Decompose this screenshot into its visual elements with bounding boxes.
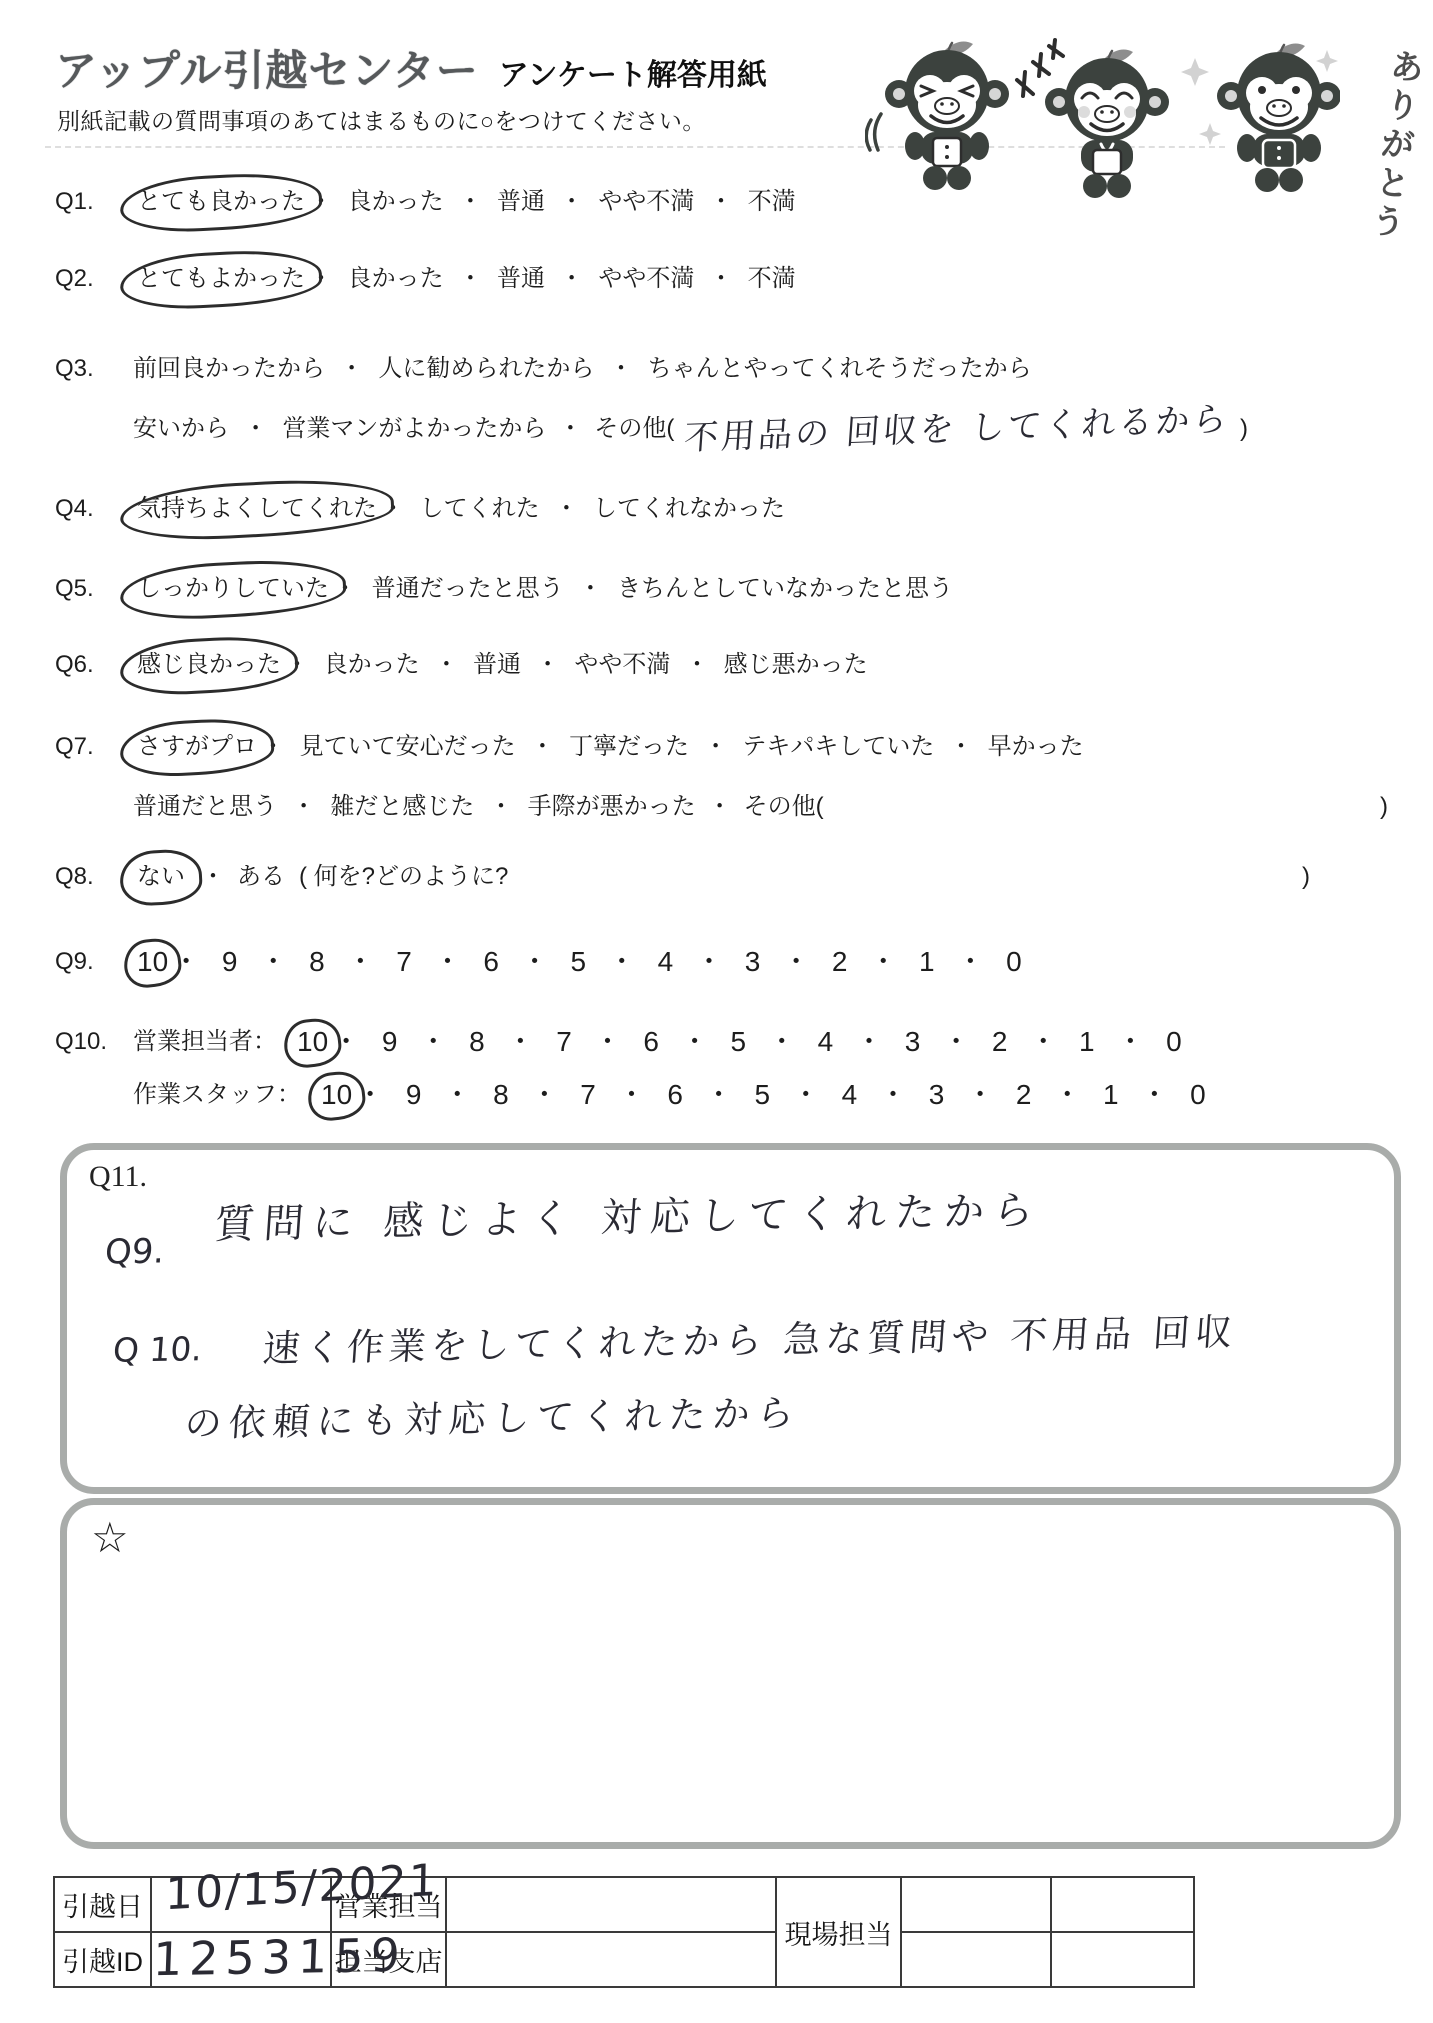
q9-circled-score: 10 (133, 945, 172, 979)
question-q3: Q3. 前回良かったから ・ 人に勧められたから ・ ちゃんとやってくれそうだっ… (55, 352, 1248, 446)
q11-handwritten-ref-q10: Q 10. (112, 1329, 204, 1370)
star-icon: ☆ (91, 1513, 129, 1562)
q2-number: Q2. (55, 262, 133, 296)
q1-circled-answer: とても良かった (133, 185, 309, 219)
q3-other-suffix: ) (1240, 412, 1248, 446)
site-rep-cell-4 (1051, 1932, 1194, 1987)
q8-circled-answer: ない (133, 860, 189, 894)
site-rep-cell-2 (1051, 1877, 1194, 1932)
q6-circled-answer: 感じ良かった (133, 648, 285, 682)
q3-options-line1: 前回良かったから ・ 人に勧められたから ・ ちゃんとやってくれそうだったから (133, 352, 1032, 386)
branch-value-cell (446, 1932, 776, 1987)
move-date-label: 引越日 (54, 1877, 151, 1932)
q8-paren-open: ( 何を?どのように? (299, 860, 508, 894)
q7-other-suffix: ) (1380, 790, 1388, 824)
q3-number: Q3. (55, 352, 133, 386)
q11-handwritten-line2: 速く作業をしてくれたから 急な質問や 不用品 回収 (261, 1301, 1239, 1372)
q11-comment-box: Q11. Q9. 質問に 感じよく 対応してくれたから Q 10. 速く作業をし… (60, 1143, 1401, 1494)
question-q8: Q8. ない ・ ある ( 何を?どのように? ) (55, 860, 1310, 894)
q3-other-handwritten-answer: 不用品の 回収を してくれるから (683, 402, 1231, 455)
q4-number: Q4. (55, 492, 133, 526)
q10-staff-label: 作業スタッフ： (133, 1078, 301, 1112)
q10-sales-label: 営業担当者： (133, 1025, 277, 1059)
q8-option-aru: ある (237, 860, 285, 894)
q3-other-prefix: その他( (594, 412, 674, 446)
q7-number: Q7. (55, 730, 133, 764)
question-q5: Q5. しっかりしていた ・ 普通だったと思う ・ きちんとしていなかったと思う (55, 572, 953, 606)
question-q4: Q4. 気持ちよくしてくれた ・ してくれた ・ してくれなかった (55, 492, 785, 526)
question-q7: Q7. さすがプロ ・ 見ていて安心だった ・ 丁寧だった ・ テキパキしていた… (55, 730, 1388, 824)
separator-dot: ・ (558, 412, 582, 446)
separator-dot: ・ (708, 790, 732, 824)
q10-row-staff: 作業スタッフ： 10 ・ 9 ・ 8 ・ 7 ・ 6 ・ 5 ・ 4 ・ 3 ・… (133, 1078, 1207, 1112)
q11-handwritten-ref-q9: Q9. (104, 1231, 166, 1272)
q11-handwritten-line3: の依頼にも対応してくれたから (183, 1383, 803, 1448)
q4-options: ・ してくれた ・ してくれなかった (381, 492, 785, 526)
question-q1: Q1. とても良かった ・ 良かった ・ 普通 ・ やや不満 ・ 不満 (55, 185, 796, 219)
move-id-label: 引越ID (54, 1932, 151, 1987)
q10-sales-scale: ・ 9 ・ 8 ・ 7 ・ 6 ・ 5 ・ 4 ・ 3 ・ 2 ・ 1 ・ 0 (332, 1025, 1183, 1059)
q8-paren-close: ) (1302, 860, 1310, 894)
q10-staff-scale: ・ 9 ・ 8 ・ 7 ・ 6 ・ 5 ・ 4 ・ 3 ・ 2 ・ 1 ・ 0 (356, 1078, 1207, 1112)
question-q10: Q10. 営業担当者： 10 ・ 9 ・ 8 ・ 7 ・ 6 ・ 5 ・ 4 ・… (55, 1025, 1207, 1112)
q1-number: Q1. (55, 185, 133, 219)
q9-scale: ・ 9 ・ 8 ・ 7 ・ 6 ・ 5 ・ 4 ・ 3 ・ 2 ・ 1 ・ 0 (172, 945, 1023, 979)
sales-rep-value-cell (446, 1877, 776, 1932)
question-q6: Q6. 感じ良かった ・ 良かった ・ 普通 ・ やや不満 ・ 感じ悪かった (55, 648, 868, 682)
q6-number: Q6. (55, 648, 133, 682)
survey-sheet: アップル引越センター アンケート解答用紙 別紙記載の質問事項のあてはまるものに○… (0, 0, 1433, 2023)
site-rep-cell-1 (901, 1877, 1051, 1932)
q2-options: ・ 良かった ・ 普通 ・ やや不満 ・ 不満 (309, 262, 796, 296)
q10-staff-circled-score: 10 (317, 1078, 356, 1112)
q6-options: ・ 良かった ・ 普通 ・ やや不満 ・ 感じ悪かった (285, 648, 868, 682)
footer-info-table: 引越日 営業担当 現場担当 引越ID 担当支店 10/15/2021 12531… (53, 1876, 1193, 1988)
q4-circled-answer: 気持ちよくしてくれた (133, 492, 381, 526)
q11-number: Q11. (89, 1160, 147, 1194)
question-q9: Q9. 10 ・ 9 ・ 8 ・ 7 ・ 6 ・ 5 ・ 4 ・ 3 ・ 2 ・… (55, 945, 1023, 979)
q5-options: ・ 普通だったと思う ・ きちんとしていなかったと思う (333, 572, 953, 606)
q7-options-line2: 普通だと思う ・ 雑だと感じた ・ 手際が悪かった (133, 790, 696, 824)
site-rep-cell-3 (901, 1932, 1051, 1987)
q5-number: Q5. (55, 572, 133, 606)
q7-options-line1: ・ 見ていて安心だった ・ 丁寧だった ・ テキパキしていた ・ 早かった (261, 730, 1084, 764)
free-comment-box: ☆ (60, 1498, 1401, 1849)
q11-handwritten-line1: 質問に 感じよく 対応してくれたから (213, 1179, 1044, 1251)
q10-sales-circled-score: 10 (293, 1025, 332, 1059)
q2-circled-answer: とてもよかった (133, 262, 309, 296)
site-rep-label: 現場担当 (776, 1877, 901, 1987)
q10-number: Q10. (55, 1025, 133, 1059)
question-q2: Q2. とてもよかった ・ 良かった ・ 普通 ・ やや不満 ・ 不満 (55, 262, 796, 296)
separator-dot: ・ (201, 860, 225, 894)
q8-number: Q8. (55, 860, 133, 894)
move-id-handwritten: 1253159 (152, 1928, 408, 1986)
q10-row-sales: 営業担当者： 10 ・ 9 ・ 8 ・ 7 ・ 6 ・ 5 ・ 4 ・ 3 ・ … (133, 1025, 1207, 1059)
q1-options: ・ 良かった ・ 普通 ・ やや不満 ・ 不満 (309, 185, 796, 219)
q7-circled-answer: さすがプロ (133, 730, 261, 764)
q9-number: Q9. (55, 945, 133, 979)
q7-other-prefix: その他( (744, 790, 824, 824)
question-list: Q1. とても良かった ・ 良かった ・ 普通 ・ やや不満 ・ 不満 Q2. … (55, 0, 1400, 1140)
q5-circled-answer: しっかりしていた (133, 572, 333, 606)
q3-options-line2: 安いから ・ 営業マンがよかったから (133, 412, 546, 446)
